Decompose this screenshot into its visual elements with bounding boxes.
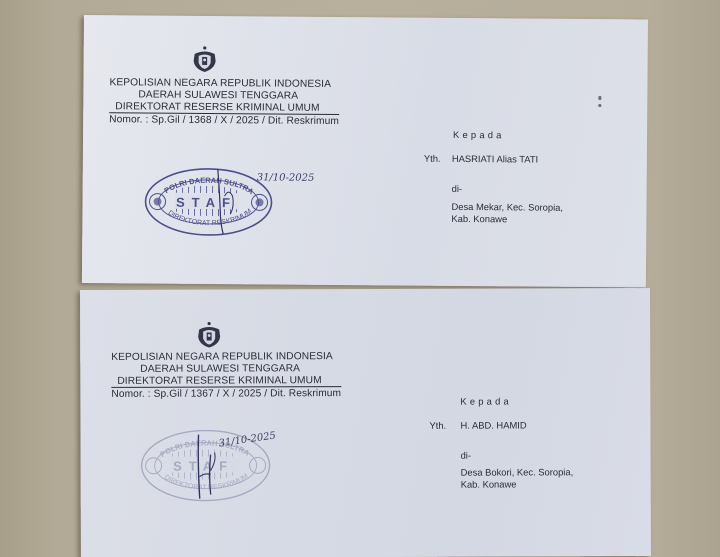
address-line-1: Desa Bokori, Kec. Soropia, <box>461 466 574 478</box>
recipient-address: Desa Bokori, Kec. Soropia, Kab. Konawe <box>461 466 574 489</box>
police-crest-icon <box>190 45 220 73</box>
letterhead-institution: KEPOLISIAN NEGARA REPUBLIK INDONESIA <box>111 351 341 364</box>
handwritten-date: 31/10-2025 <box>257 172 315 183</box>
svg-text:STAF: STAF <box>176 195 237 210</box>
envelope-1: KEPOLISIAN NEGARA REPUBLIK INDONESIA DAE… <box>82 15 648 287</box>
svg-text:DIREKTORAT RESKRIMUM: DIREKTORAT RESKRIMUM <box>167 207 254 227</box>
address-line-2: Kab. Konawe <box>451 212 563 224</box>
letterhead-directorate: DIREKTORAT RESERSE KRIMINAL UMUM <box>111 375 341 388</box>
yth-label: Yth. <box>429 420 446 431</box>
letter-number: Nomor. : Sp.Gil / 1367 / X / 2025 / Dit.… <box>111 388 341 401</box>
di-label: di- <box>461 450 471 461</box>
letterhead-region: DAERAH SULAWESI TENGGARA <box>111 363 341 376</box>
envelope-2: KEPOLISIAN NEGARA REPUBLIK INDONESIA DAE… <box>80 288 651 557</box>
letter-number: Nomor. : Sp.Gil / 1368 / X / 2025 / Dit.… <box>109 114 339 128</box>
address-line-1: Desa Mekar, Kec. Soropia, <box>451 201 563 213</box>
paper-speck <box>598 96 601 100</box>
paper-speck <box>598 104 601 107</box>
staf-stamp: POLRI DAERAH SULTRA DIREKTORAT RESKRIMUM… <box>142 165 275 238</box>
di-label: di- <box>452 183 463 194</box>
recipient-name: HASRIATI Alias TATI <box>452 153 538 165</box>
letterhead-directorate: DIREKTORAT RESERSE KRIMINAL UMUM <box>109 102 339 116</box>
kepada-label: Kepada <box>460 395 512 406</box>
letterhead: KEPOLISIAN NEGARA REPUBLIK INDONESIA DAE… <box>109 77 340 128</box>
yth-label: Yth. <box>424 153 441 164</box>
letterhead: KEPOLISIAN NEGARA REPUBLIK INDONESIA DAE… <box>111 351 342 401</box>
recipient-name: H. ABD. HAMID <box>460 419 526 430</box>
address-line-2: Kab. Konawe <box>461 478 574 490</box>
police-crest-icon <box>194 320 224 348</box>
kepada-label: Kepada <box>453 129 505 140</box>
recipient-address: Desa Mekar, Kec. Soropia, Kab. Konawe <box>451 201 563 225</box>
